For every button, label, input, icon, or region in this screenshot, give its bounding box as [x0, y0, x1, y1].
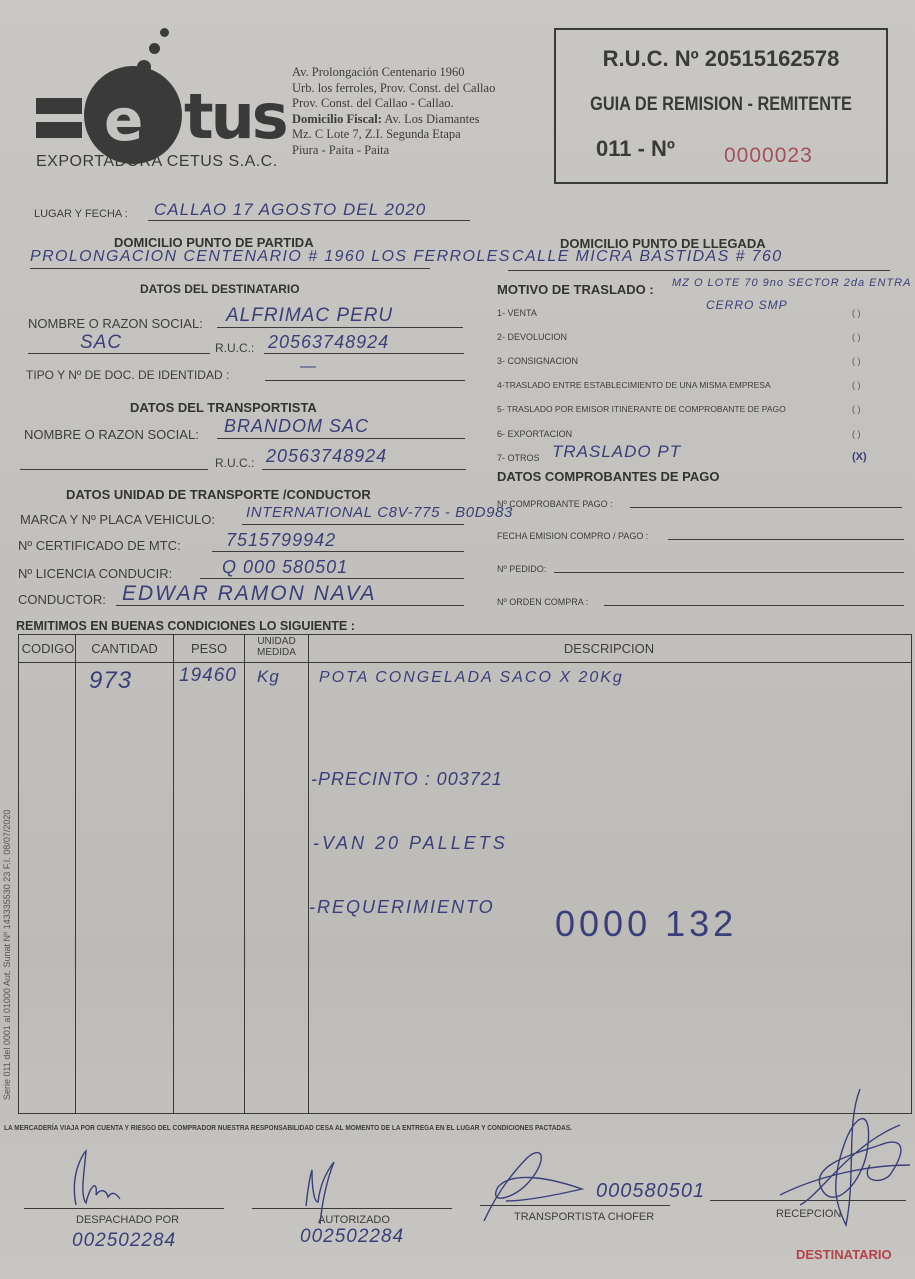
checkbox-exportacion[interactable]: ( ) — [852, 429, 861, 439]
company-logo: tus e — [36, 28, 276, 158]
logo-dot-icon — [149, 43, 160, 54]
address-line: Piura - Paita - Paita — [292, 143, 495, 159]
cell-descripcion[interactable]: POTA CONGELADA SACO X 20Kg — [319, 669, 624, 687]
marca-placa-label: MARCA Y Nº PLACA VEHICULO: — [20, 512, 215, 527]
doc-identidad-value[interactable]: — — [300, 358, 317, 376]
document-id-box: R.U.C. Nº 20515162578 GUIA DE REMISION -… — [554, 28, 888, 184]
unidad-title: DATOS UNIDAD DE TRANSPORTE /CONDUCTOR — [66, 487, 371, 502]
company-address: Av. Prolongación Centenario 1960 Urb. lo… — [292, 65, 495, 158]
destinatario-nombre-label: NOMBRE O RAZON SOCIAL: — [28, 316, 203, 331]
fiscal-value: Av. Los Diamantes — [384, 112, 479, 126]
motivo-option-otros: 7- OTROS — [497, 453, 540, 463]
header-unidad-medida: UNIDAD MEDIDA — [245, 636, 308, 658]
column-divider — [308, 635, 309, 1113]
marca-placa-value[interactable]: INTERNATIONAL C8V-775 - B0D983 — [246, 504, 513, 521]
checkbox-traslado-empresa[interactable]: ( ) — [852, 380, 861, 390]
ruc-number: R.U.C. Nº 20515162578 — [556, 46, 886, 72]
logo-bar-icon — [36, 98, 82, 114]
address-line: Av. Prolongación Centenario 1960 — [292, 65, 495, 81]
disclaimer: LA MERCADERÍA VIAJA POR CUENTA Y RIESGO … — [4, 1125, 572, 1132]
column-divider — [173, 635, 174, 1113]
printer-authorization: Serie 011 del 0001 al 01000 Aut. Sunat N… — [2, 810, 12, 1100]
autorizado-value[interactable]: 002502284 — [300, 1226, 404, 1248]
licencia-label: Nº LICENCIA CONDUCIR: — [18, 566, 172, 581]
motivo-option-consignacion: 3- CONSIGNACION — [497, 356, 578, 366]
items-title: REMITIMOS EN BUENAS CONDICIONES LO SIGUI… — [16, 619, 355, 633]
requerimiento-value[interactable]: 0000 132 — [555, 903, 737, 945]
transportista-ruc-label: R.U.C.: — [215, 456, 254, 470]
document-title: GUIA DE REMISION - REMITENTE — [579, 94, 863, 116]
note-precinto[interactable]: -PRECINTO : 003721 — [311, 769, 503, 790]
logo-bar-icon — [36, 122, 82, 138]
motivo-note-line1[interactable]: MZ O LOTE 70 9no SECTOR 2da ENTRA — [672, 277, 911, 289]
motivo-title: MOTIVO DE TRASLADO : — [497, 282, 654, 297]
transportista-title: DATOS DEL TRANSPORTISTA — [130, 400, 317, 415]
comprobante-pago-field[interactable] — [630, 507, 902, 508]
lugar-fecha-line — [148, 220, 470, 221]
column-divider — [244, 635, 245, 1113]
orden-compra-field[interactable] — [604, 605, 904, 606]
recepcion-label: RECEPCION — [776, 1208, 841, 1220]
despachado-signature-icon — [60, 1145, 140, 1215]
address-line: Prov. Const. del Callao - Callao. — [292, 96, 495, 112]
motivo-option-devolucion: 2- DEVOLUCION — [497, 332, 567, 342]
checkbox-otros-checked[interactable]: (X) — [852, 451, 867, 463]
orden-compra-label: Nº ORDEN COMPRA : — [497, 597, 588, 607]
mtc-label: Nº CERTIFICADO DE MTC: — [18, 538, 181, 553]
motivo-option-emisor-itinerante: 5- TRASLADO POR EMISOR ITINERANTE DE COM… — [497, 404, 786, 414]
items-table: CODIGO CANTIDAD PESO UNIDAD MEDIDA DESCR… — [18, 634, 912, 1114]
checkbox-devolucion[interactable]: ( ) — [852, 332, 861, 342]
address-line: Mz. C Lote 7, Z.I. Segunda Etapa — [292, 127, 495, 143]
mtc-value[interactable]: 7515799942 — [226, 530, 336, 551]
destinatario-title: DATOS DEL DESTINATARIO — [140, 282, 300, 296]
despachado-label: DESPACHADO POR — [76, 1214, 179, 1226]
lugar-fecha-value[interactable]: CALLAO 17 AGOSTO DEL 2020 — [154, 200, 426, 220]
header-codigo: CODIGO — [21, 641, 75, 656]
destinatario-nombre-value2[interactable]: SAC — [80, 332, 122, 354]
motivo-option-venta: 1- VENTA — [497, 308, 537, 318]
logo-wordmark: tus — [184, 80, 286, 153]
transportista-nombre-value[interactable]: BRANDOM SAC — [224, 416, 369, 437]
marca-placa-line — [242, 524, 464, 525]
transportista-nombre-label: NOMBRE O RAZON SOCIAL: — [24, 427, 199, 442]
header-descripcion: DESCRIPCION — [309, 641, 909, 656]
transportista-label: TRANSPORTISTA CHOFER — [514, 1211, 654, 1223]
checkbox-consignacion[interactable]: ( ) — [852, 356, 861, 366]
destinatario-label: DESTINATARIO — [796, 1247, 892, 1262]
cell-unidad[interactable]: Kg — [257, 667, 280, 687]
comprobantes-title: DATOS COMPROBANTES DE PAGO — [497, 469, 719, 484]
transportista-value[interactable]: 000580501 — [596, 1180, 705, 1203]
otros-value[interactable]: TRASLADO PT — [552, 442, 681, 462]
header-cantidad: CANTIDAD — [76, 641, 173, 656]
licencia-line — [200, 578, 464, 579]
cell-peso[interactable]: 19460 — [179, 665, 237, 687]
checkbox-emisor-itinerante[interactable]: ( ) — [852, 404, 861, 414]
document-serie: 011 - Nº — [596, 136, 675, 162]
table-header-divider — [19, 662, 911, 663]
motivo-note-line2[interactable]: CERRO SMP — [706, 298, 788, 312]
conductor-value[interactable]: EDWAR RAMON NAVA — [122, 582, 377, 606]
mtc-line — [212, 551, 464, 552]
doc-identidad-line — [265, 380, 465, 381]
note-pallets[interactable]: -VAN 20 PALLETS — [313, 833, 508, 854]
llegada-value[interactable]: CALLE MICRA BASTIDAS # 760 — [512, 248, 783, 266]
transportista-ruc-value[interactable]: 20563748924 — [266, 446, 387, 467]
fecha-emision-label: FECHA EMISION COMPRO / PAGO : — [497, 531, 648, 541]
fiscal-label: Domicilio Fiscal: — [292, 112, 382, 126]
destinatario-nombre-value[interactable]: ALFRIMAC PERU — [226, 305, 393, 327]
llegada-line — [508, 270, 890, 271]
motivo-option-traslado-empresa: 4-TRASLADO ENTRE ESTABLECIMIENTO DE UNA … — [497, 380, 771, 390]
conductor-label: CONDUCTOR: — [18, 592, 106, 607]
column-divider — [75, 635, 76, 1113]
despachado-value[interactable]: 002502284 — [72, 1230, 176, 1252]
lugar-fecha-label: LUGAR Y FECHA : — [34, 208, 128, 220]
transportista-ruc-line — [262, 469, 466, 470]
logo-letter-e: e — [104, 86, 143, 154]
destinatario-ruc-label: R.U.C.: — [215, 341, 254, 355]
partida-value[interactable]: PROLONGACION CENTENARIO # 1960 LOS FERRO… — [30, 248, 511, 266]
pedido-label: Nº PEDIDO: — [497, 564, 546, 574]
fiscal-address: Domicilio Fiscal: Av. Los Diamantes — [292, 112, 495, 128]
pedido-field[interactable] — [554, 572, 904, 573]
document-number: 0000023 — [724, 144, 813, 168]
doc-identidad-label: TIPO Y Nº DE DOC. DE IDENTIDAD : — [26, 368, 229, 382]
comprobante-pago-label: Nº COMPROBANTE PAGO : — [497, 499, 613, 509]
partida-line — [30, 268, 430, 269]
licencia-value[interactable]: Q 000 580501 — [222, 557, 348, 578]
note-requerimiento[interactable]: -REQUERIMIENTO — [309, 897, 495, 918]
destinatario-nombre-line — [217, 327, 463, 328]
address-line: Urb. los ferroles, Prov. Const. del Call… — [292, 81, 495, 97]
destinatario-ruc-value[interactable]: 20563748924 — [268, 332, 389, 353]
destinatario-ruc-line — [264, 353, 464, 354]
logo-dot-icon — [160, 28, 169, 37]
transportista-nombre-line — [217, 438, 465, 439]
transportista-line2 — [20, 469, 208, 470]
header-peso: PESO — [174, 641, 244, 656]
motivo-option-exportacion: 6- EXPORTACION — [497, 429, 572, 439]
fecha-emision-field[interactable] — [668, 539, 904, 540]
company-name: EXPORTADORA CETUS S.A.C. — [36, 153, 278, 171]
autorizado-label: AUTORIZADO — [318, 1214, 390, 1226]
cell-cantidad[interactable]: 973 — [89, 667, 132, 695]
checkbox-venta[interactable]: ( ) — [852, 308, 861, 318]
